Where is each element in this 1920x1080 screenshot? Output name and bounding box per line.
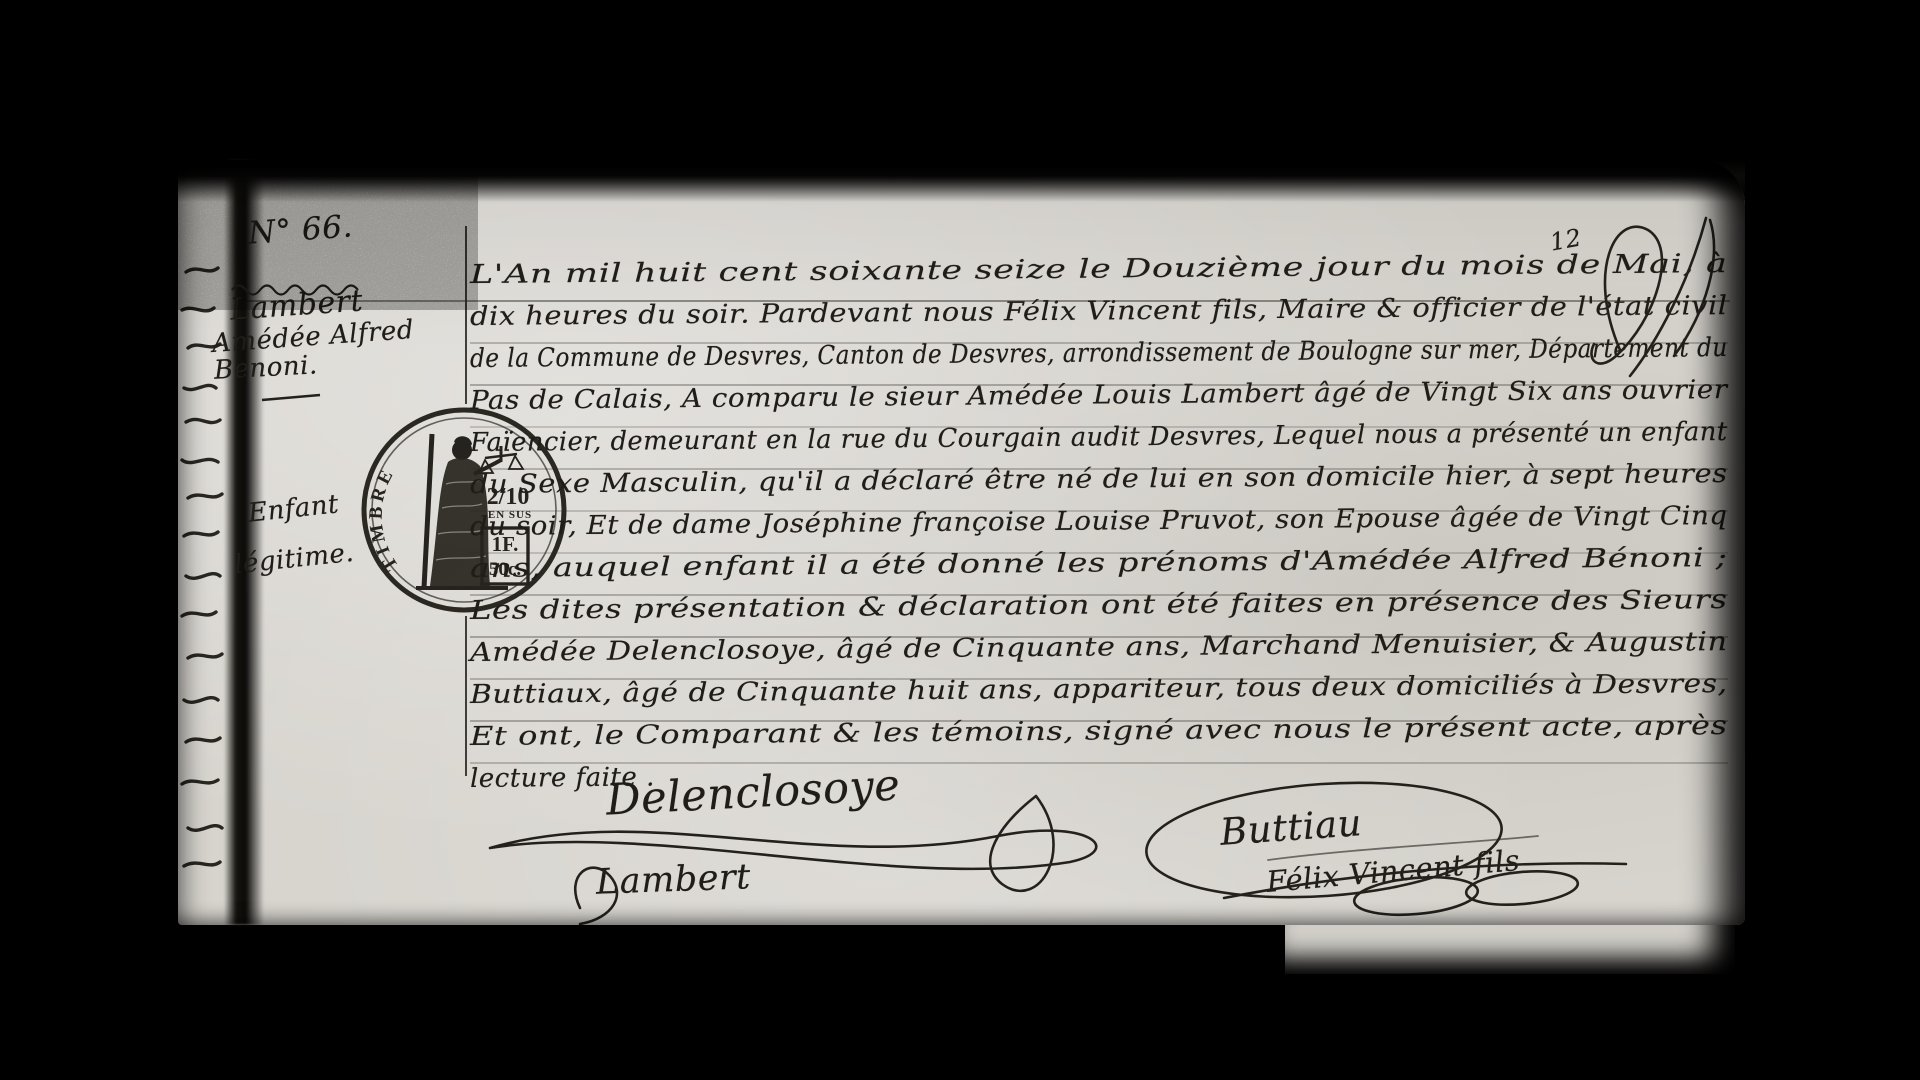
- act-number: N° 66.: [247, 208, 354, 251]
- signature-declarant-lambert: Lambert: [595, 857, 751, 902]
- margin-dash-line: [260, 392, 324, 404]
- facing-page-fragment-strokes: [178, 160, 234, 925]
- signature-mayor-vincent: Félix Vincent fils: [1265, 843, 1521, 899]
- margin-given-names-2: Benoni.: [213, 350, 318, 385]
- margin-rule-lower: [465, 616, 467, 776]
- page-number: 12: [1548, 223, 1584, 256]
- signature-witness-buttiau: Buttiau: [1219, 801, 1364, 854]
- margin-rule-upper: [465, 226, 467, 404]
- scan-top-edge-shadow: [178, 160, 1745, 202]
- scanned-register-page: N° 66. Lambert Amédée Alfred Benoni. Enf…: [0, 0, 1920, 1080]
- register-sheet: N° 66. Lambert Amédée Alfred Benoni. Enf…: [178, 160, 1745, 925]
